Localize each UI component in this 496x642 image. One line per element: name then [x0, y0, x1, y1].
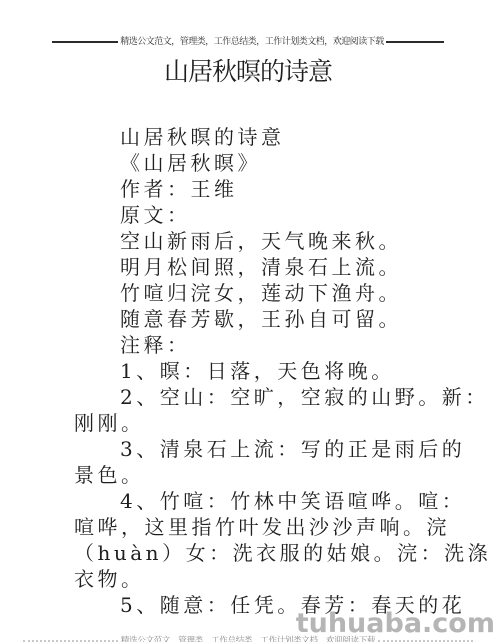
body-line: 《山居秋暝》	[74, 150, 474, 176]
body-line: 山居秋暝的诗意	[74, 124, 474, 150]
body-line: 注释：	[74, 332, 474, 358]
body-line: 3、清泉石上流：写的正是雨后的	[74, 436, 474, 462]
document-title: 山居秋暝的诗意	[0, 54, 496, 90]
body-line: 随意春芳歇，王孙自可留。	[74, 306, 474, 332]
header-rule-right-line	[386, 41, 444, 43]
body-line: 原文：	[74, 202, 474, 228]
body-line: 2、空山：空旷，空寂的山野。新：	[74, 384, 474, 410]
document-body: 山居秋暝的诗意《山居秋暝》作者：王维原文：空山新雨后，天气晚来秋。明月松间照，清…	[74, 124, 474, 618]
body-line: 刚刚。	[74, 410, 474, 436]
body-line: 明月松间照，清泉石上流。	[74, 254, 474, 280]
body-line: （huàn）女：洗衣服的姑娘。浣：洗涤	[74, 540, 474, 566]
body-line: 1、暝：日落，天色将晚。	[74, 358, 474, 384]
body-line: 衣物。	[74, 566, 474, 592]
body-line: 喧哗，这里指竹叶发出沙沙声响。浣	[74, 514, 474, 540]
document-page: 精选公文范文，管理类，工作总结类，工作计划类文档，欢迎阅读下载 山居秋暝的诗意 …	[0, 0, 496, 642]
header-rule-left-line	[52, 41, 118, 43]
body-line: 作者：王维	[74, 176, 474, 202]
header-notice: 精选公文范文，管理类，工作总结类，工作计划类文档，欢迎阅读下载	[0, 34, 496, 50]
watermark-logo: tuhuaba.com	[296, 610, 495, 638]
body-line: 4、竹喧：竹林中笑语喧哗。喧：	[74, 488, 474, 514]
body-line: 景色。	[74, 462, 474, 488]
header-notice-text: 精选公文范文，管理类，工作总结类，工作计划类文档，欢迎阅读下载	[118, 34, 386, 50]
body-line: 空山新雨后，天气晚来秋。	[74, 228, 474, 254]
body-line: 竹喧归浣女，莲动下渔舟。	[74, 280, 474, 306]
